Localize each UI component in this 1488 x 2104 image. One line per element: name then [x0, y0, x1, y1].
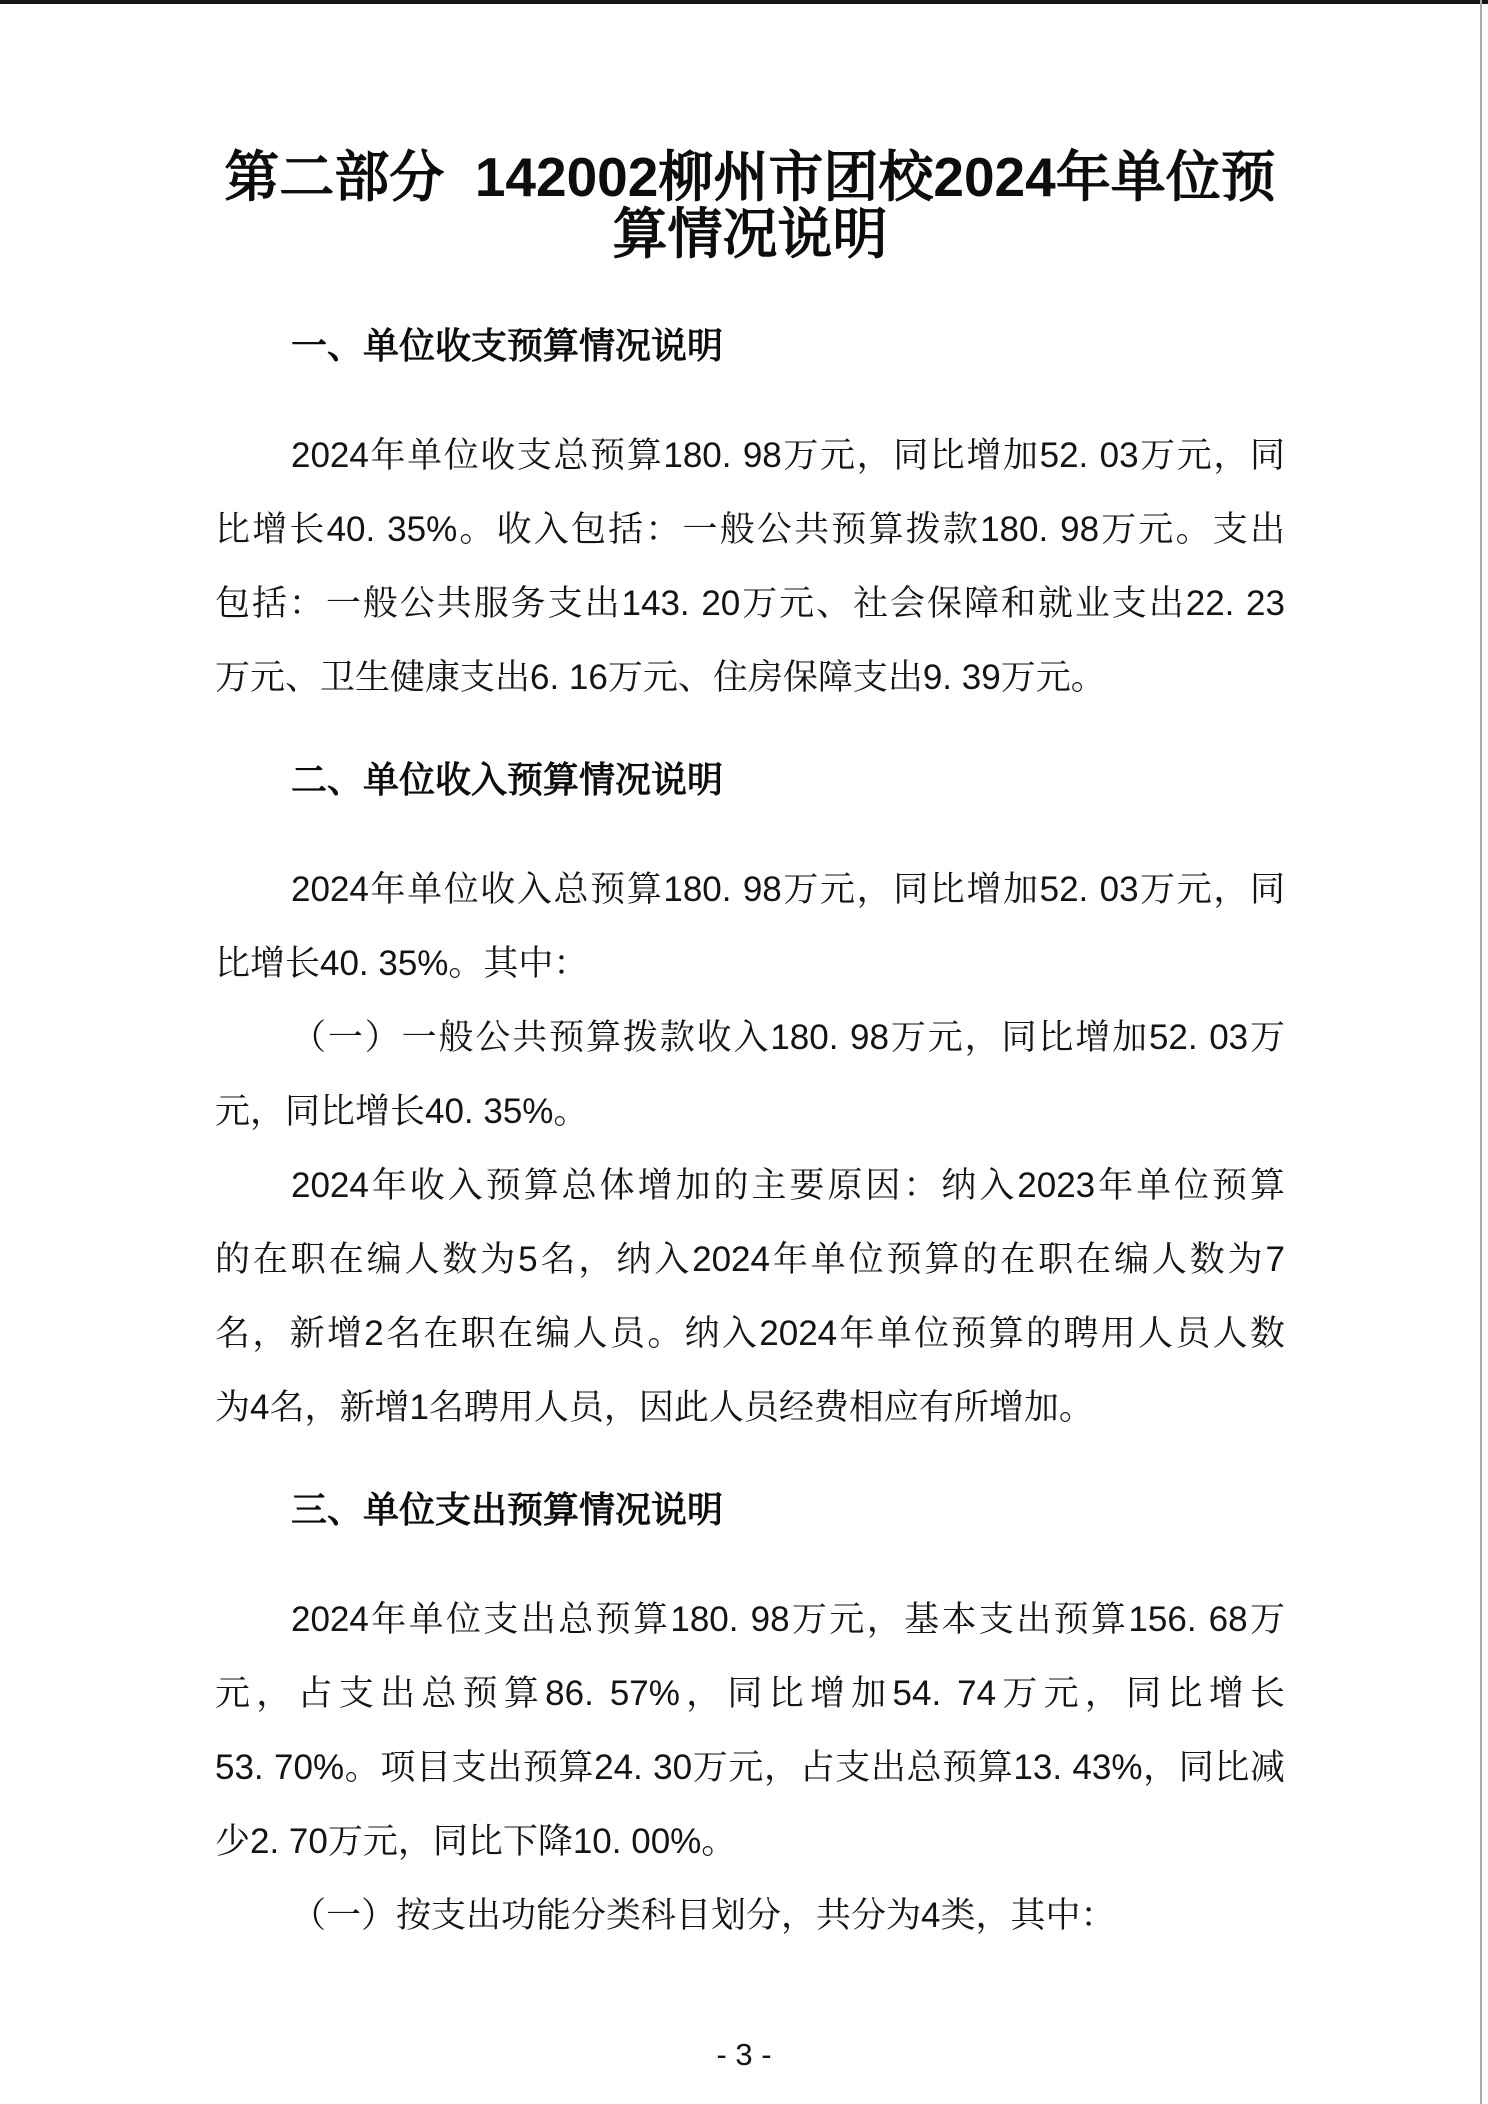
document-title: 第二部分 142002柳州市团校2024年单位预 算情况说明: [215, 149, 1285, 263]
top-edge-line: [0, 0, 1488, 4]
paragraph: （一）一般公共预算拨款收入180. 98万元，同比增加52. 03万 元，同比增…: [215, 1001, 1285, 1149]
section-heading-1: 一、单位收支预算情况说明: [215, 309, 1285, 383]
paragraph: 2024年单位收支总预算180. 98万元，同比增加52. 03万元，同 比增长…: [215, 419, 1285, 715]
text-line: （一）一般公共预算拨款收入180. 98万元，同比增加52. 03万: [215, 1001, 1285, 1075]
text-line: 2024年单位收支总预算180. 98万元，同比增加52. 03万元，同: [215, 419, 1285, 493]
text-line: 的在职在编人数为5名，纳入2024年单位预算的在职在编人数为7: [215, 1223, 1285, 1297]
text-line: （一）按支出功能分类科目划分，共分为4类，其中：: [215, 1879, 1285, 1953]
title-line-1: 第二部分 142002柳州市团校2024年单位预: [215, 149, 1285, 206]
text-line: 比增长40. 35%。其中：: [215, 927, 1285, 1001]
paragraph: 2024年单位支出总预算180. 98万元，基本支出预算156. 68万 元，占…: [215, 1583, 1285, 1879]
section-heading-3: 三、单位支出预算情况说明: [215, 1473, 1285, 1547]
text-line: 比增长40. 35%。收入包括：一般公共预算拨款180. 98万元。支出: [215, 493, 1285, 567]
text-line: 2024年单位支出总预算180. 98万元，基本支出预算156. 68万: [215, 1583, 1285, 1657]
paragraph: 2024年收入预算总体增加的主要原因：纳入2023年单位预算 的在职在编人数为5…: [215, 1149, 1285, 1445]
paragraph: （一）按支出功能分类科目划分，共分为4类，其中：: [215, 1879, 1285, 1953]
text-line: 元，占支出总预算86. 57%，同比增加54. 74万元，同比增长: [215, 1657, 1285, 1731]
text-line: 少2. 70万元，同比下降10. 00%。: [215, 1805, 1285, 1879]
text-line: 2024年收入预算总体增加的主要原因：纳入2023年单位预算: [215, 1149, 1285, 1223]
document-page: 第二部分 142002柳州市团校2024年单位预 算情况说明 一、单位收支预算情…: [0, 0, 1488, 2104]
title-line-2: 算情况说明: [215, 206, 1285, 263]
text-line: 53. 70%。项目支出预算24. 30万元，占支出总预算13. 43%，同比减: [215, 1731, 1285, 1805]
text-line: 元，同比增长40. 35%。: [215, 1075, 1285, 1149]
section-heading-2: 二、单位收入预算情况说明: [215, 743, 1285, 817]
text-line: 为4名，新增1名聘用人员，因此人员经费相应有所增加。: [215, 1371, 1285, 1445]
text-line: 名，新增2名在职在编人员。纳入2024年单位预算的聘用人员人数: [215, 1297, 1285, 1371]
right-page-edge-line: [1480, 0, 1482, 2104]
paragraph: 2024年单位收入总预算180. 98万元，同比增加52. 03万元，同 比增长…: [215, 853, 1285, 1001]
text-line: 2024年单位收入总预算180. 98万元，同比增加52. 03万元，同: [215, 853, 1285, 927]
text-line: 包括：一般公共服务支出143. 20万元、社会保障和就业支出22. 23: [215, 567, 1285, 641]
text-line: 万元、卫生健康支出6. 16万元、住房保障支出9. 39万元。: [215, 641, 1285, 715]
page-number: - 3 -: [0, 2038, 1488, 2072]
